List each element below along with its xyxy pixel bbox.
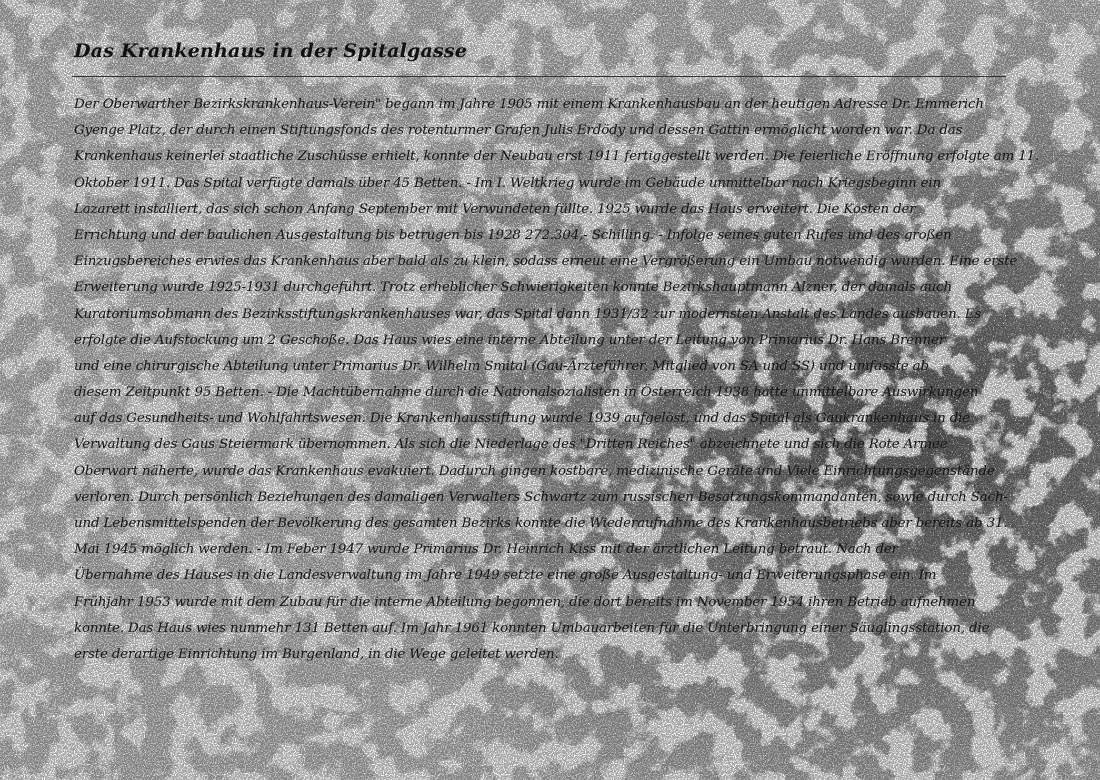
page-title: Das Krankenhaus in der Spitalgasse xyxy=(74,40,467,62)
text-line: Krankenhaus keinerlei staatliche Zuschüs… xyxy=(74,144,1014,170)
text-line: Frühjahr 1953 wurde mit dem Zubau für di… xyxy=(74,590,1014,616)
text-line: erfolgte die Aufstockung um 2 Geschoße. … xyxy=(74,328,1014,354)
text-line: Der Oberwarther Bezirkskrankenhaus-Verei… xyxy=(74,92,1014,118)
text-line: verloren. Durch persönlich Beziehungen d… xyxy=(74,485,1014,511)
text-line: auf das Gesundheits- und Wohlfahrtswesen… xyxy=(74,406,1014,432)
text-line: Oktober 1911. Das Spital verfügte damals… xyxy=(74,171,1014,197)
text-line: Lazarett installiert, das sich schon Anf… xyxy=(74,197,1014,223)
text-line: Einzugsbereiches erwies das Krankenhaus … xyxy=(74,249,1014,275)
text-line: und Lebensmittelspenden der Bevölkerung … xyxy=(74,511,1014,537)
document-page: Das Krankenhaus in der Spitalgasse Der O… xyxy=(0,0,1100,780)
text-line: Kuratoriumsobmann des Bezirksstiftungskr… xyxy=(74,302,1014,328)
text-line: Errichtung und der baulichen Ausgestaltu… xyxy=(74,223,1014,249)
text-line: konnte. Das Haus wies nunmehr 131 Betten… xyxy=(74,616,1014,642)
text-line: Erweiterung wurde 1925-1931 durchgeführt… xyxy=(74,275,1014,301)
text-line: diesem Zeitpunkt 95 Betten. - Die Machtü… xyxy=(74,380,1014,406)
text-line: erste derartige Einrichtung im Burgenlan… xyxy=(74,642,1014,668)
text-line: Gyenge Platz, der durch einen Stiftungsf… xyxy=(74,118,1014,144)
text-line: Übernahme des Hauses in die Landesverwal… xyxy=(74,563,1014,589)
text-line: Verwaltung des Gaus Steiermark übernomme… xyxy=(74,432,1014,458)
text-line: und eine chirurgische Abteilung unter Pr… xyxy=(74,354,1014,380)
body-paragraph: Der Oberwarther Bezirkskrankenhaus-Verei… xyxy=(74,92,1014,668)
title-divider xyxy=(72,76,1006,77)
text-line: Oberwart näherte, wurde das Krankenhaus … xyxy=(74,459,1014,485)
text-line: Mai 1945 möglich werden. - Im Feber 1947… xyxy=(74,537,1014,563)
